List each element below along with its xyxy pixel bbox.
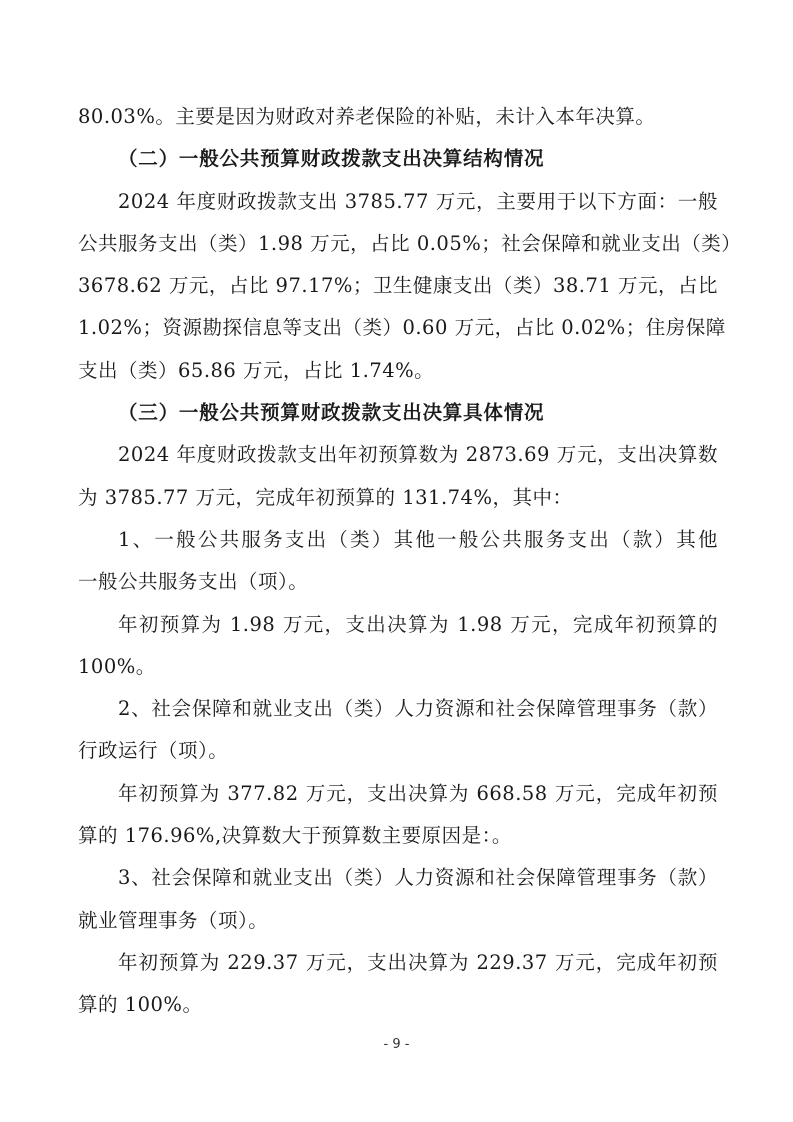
line-text: 2024 年度财政拨款支出年初预算数为 2873.69 万元，支出决算数 [118,434,718,476]
line-text: 年初预算为 1.98 万元，支出决算为 1.98 万元，完成年初预算的 [118,604,718,646]
section-heading-2: （二）一般公共预算财政拨款支出决算结构情况 [78,138,718,180]
list-item-3-title: 3、社会保障和就业支出（类）人力资源和社会保障管理事务（款） [78,857,718,899]
paragraph-line: 1.02%；资源勘探信息等支出（类）0.60 万元，占比 0.02%；住房保障 [78,307,718,349]
line-text: 算的 100%。 [78,993,202,1016]
list-item-3-detail: 年初预算为 229.37 万元，支出决算为 229.37 万元，完成年初预 [78,942,718,984]
paragraph-line: 支出（类）65.86 万元，占比 1.74%。 [78,350,718,392]
list-item-2-detail: 年初预算为 377.82 万元，支出决算为 668.58 万元，完成年初预 [78,773,718,815]
paragraph-line: 80.03%。主要是因为财政对养老保险的补贴，未计入本年决算。 [78,96,718,138]
line-text: 年初预算为 377.82 万元，支出决算为 668.58 万元，完成年初预 [118,773,718,815]
line-text: 2024 年度财政拨款支出 3785.77 万元，主要用于以下方面：一般 [118,181,718,223]
line-text: 100%。 [78,655,156,678]
line-text: 支出（类）65.86 万元，占比 1.74%。 [78,359,434,382]
section-heading-3: （三）一般公共预算财政拨款支出决算具体情况 [78,392,718,434]
line-text: 行政运行（项）。 [78,739,228,762]
list-item-2-title: 2、社会保障和就业支出（类）人力资源和社会保障管理事务（款） [78,688,718,730]
line-text: 3、社会保障和就业支出（类）人力资源和社会保障管理事务（款） [118,857,718,899]
document-page: 80.03%。主要是因为财政对养老保险的补贴，未计入本年决算。 （二）一般公共预… [78,96,718,1027]
line-text: 年初预算为 229.37 万元，支出决算为 229.37 万元，完成年初预 [118,942,718,984]
paragraph-line: 2024 年度财政拨款支出 3785.77 万元，主要用于以下方面：一般 [78,181,718,223]
line-text: 1.02%；资源勘探信息等支出（类）0.60 万元，占比 0.02%；住房保障 [78,307,718,349]
heading-text: （二）一般公共预算财政拨款支出决算结构情况 [118,147,544,170]
line-text: 2、社会保障和就业支出（类）人力资源和社会保障管理事务（款） [118,688,718,730]
page-number: - 9 - [0,1037,793,1052]
list-item-2-detail-cont: 算的 176.96%,决算数大于预算数主要原因是：。 [78,815,718,857]
line-text: 就业管理事务（项）。 [78,909,268,932]
paragraph-line: 为 3785.77 万元，完成年初预算的 131.74%，其中： [78,477,718,519]
line-text: 80.03%。主要是因为财政对养老保险的补贴，未计入本年决算。 [78,105,655,128]
list-item-1-title-cont: 一般公共服务支出（项）。 [78,561,718,603]
line-text: 为 3785.77 万元，完成年初预算的 131.74%，其中： [78,486,573,509]
line-text: 公共服务支出（类）1.98 万元，占比 0.05%；社会保障和就业支出（类） [78,223,718,265]
list-item-3-title-cont: 就业管理事务（项）。 [78,900,718,942]
line-text: 算的 176.96%,决算数大于预算数主要原因是：。 [78,824,512,847]
list-item-3-detail-cont: 算的 100%。 [78,984,718,1026]
list-item-1-detail-cont: 100%。 [78,646,718,688]
line-text: 3678.62 万元，占比 97.17%；卫生健康支出（类）38.71 万元，占… [78,265,718,307]
line-text: 一般公共服务支出（项）。 [78,570,308,593]
paragraph-line: 公共服务支出（类）1.98 万元，占比 0.05%；社会保障和就业支出（类） [78,223,718,265]
paragraph-line: 3678.62 万元，占比 97.17%；卫生健康支出（类）38.71 万元，占… [78,265,718,307]
list-item-1-detail: 年初预算为 1.98 万元，支出决算为 1.98 万元，完成年初预算的 [78,604,718,646]
paragraph-line: 2024 年度财政拨款支出年初预算数为 2873.69 万元，支出决算数 [78,434,718,476]
list-item-1-title: 1、一般公共服务支出（类）其他一般公共服务支出（款）其他 [78,519,718,561]
list-item-2-title-cont: 行政运行（项）。 [78,730,718,772]
line-text: 1、一般公共服务支出（类）其他一般公共服务支出（款）其他 [118,519,718,561]
heading-text: （三）一般公共预算财政拨款支出决算具体情况 [118,401,544,424]
